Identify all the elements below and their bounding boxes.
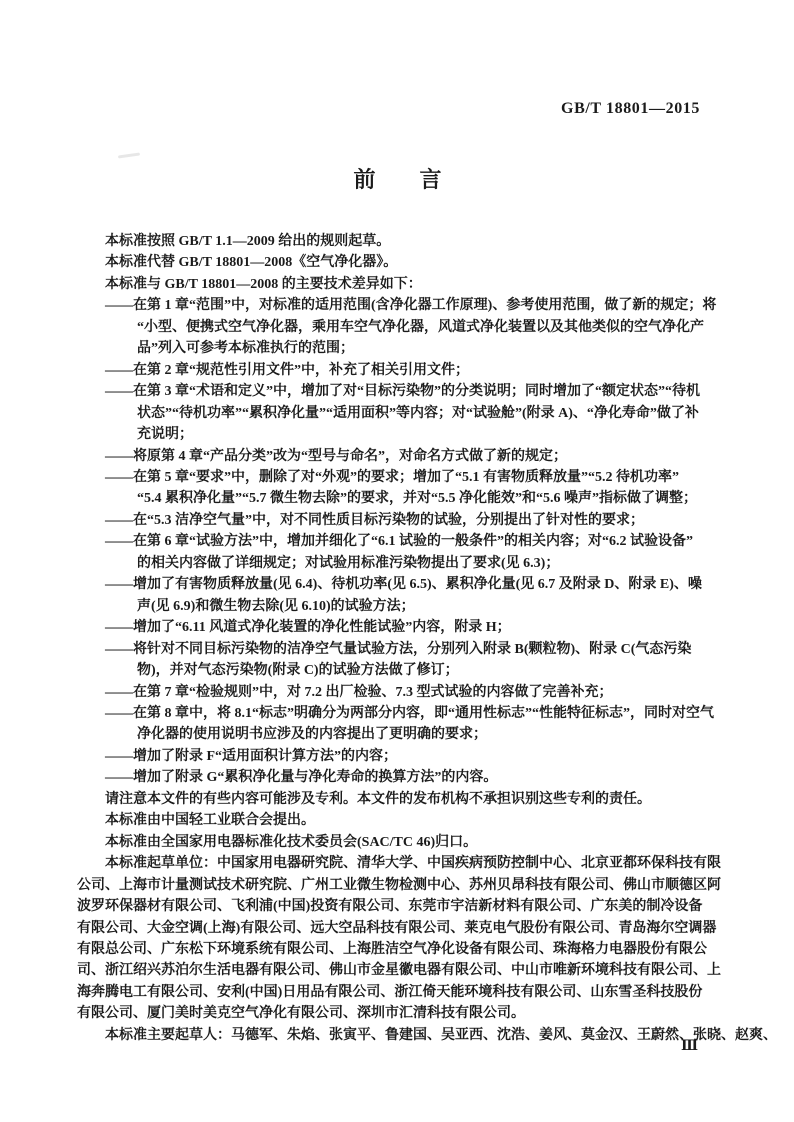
text-line: 有限总公司、广东松下环境系统有限公司、上海胜洁空气净化设备有限公司、珠海格力电器… (77, 939, 718, 960)
text-line: 有限公司、厦门美时美克空气净化有限公司、深圳市汇清科技有限公司。 (77, 1003, 718, 1024)
text-line: ——将针对不同目标污染物的洁净空气量试验方法，分别列入附录 B(颗粒物)、附录 … (77, 639, 718, 660)
page-number: Ⅲ (681, 1038, 698, 1055)
foreword-body: 本标准按照 GB/T 1.1—2009 给出的规则起草。本标准代替 GB/T 1… (77, 231, 718, 1046)
text-line: 本标准由中国轻工业联合会提出。 (77, 810, 718, 831)
text-line: ——在第 1 章“范围”中，对标准的适用范围(含净化器工作原理)、参考使用范围，… (77, 295, 718, 316)
text-line: 公司、上海市计量测试技术研究院、广州工业微生物检测中心、苏州贝昂科技有限公司、佛… (77, 875, 718, 896)
text-line: ——在“5.3 洁净空气量”中，对不同性质目标污染物的试验，分别提出了针对性的要… (77, 510, 718, 531)
text-line: 净化器的使用说明书应涉及的内容提出了更明确的要求； (77, 724, 718, 745)
text-line: ——将原第 4 章“产品分类”改为“型号与命名”，对命名方式做了新的规定； (77, 446, 718, 467)
text-line: ——在第 6 章“试验方法”中，增加并细化了“6.1 试验的一般条件”的相关内容… (77, 531, 718, 552)
text-line: ——在第 8 章中，将 8.1“标志”明确分为两部分内容，即“通用性标志”“性能… (77, 703, 718, 724)
scan-artifact (118, 152, 140, 158)
text-line: 状态”“待机功率”“累积净化量”“适用面积”等内容；对“试验舱”(附录 A)、“… (77, 403, 718, 424)
text-line: 有限公司、大金空调(上海)有限公司、远大空品科技有限公司、莱克电气股份有限公司、… (77, 918, 718, 939)
text-line: 品”列入可参考本标准执行的范围； (77, 338, 718, 359)
text-line: 本标准代替 GB/T 18801—2008《空气净化器》。 (77, 252, 718, 273)
text-line: “小型、便携式空气净化器，乘用车空气净化器，风道式净化装置以及其他类似的空气净化… (77, 317, 718, 338)
text-line: 请注意本文件的有些内容可能涉及专利。本文件的发布机构不承担识别这些专利的责任。 (77, 789, 718, 810)
text-line: ——增加了有害物质释放量(见 6.4)、待机功率(见 6.5)、累积净化量(见 … (77, 574, 718, 595)
text-line: ——增加了附录 G“累积净化量与净化寿命的换算方法”的内容。 (77, 767, 718, 788)
page-title: 前 言 (77, 163, 718, 194)
document-page: GB/T 18801—2015 前 言 本标准按照 GB/T 1.1—2009 … (0, 0, 794, 1122)
text-line: ——在第 5 章“要求”中，删除了对“外观”的要求；增加了“5.1 有害物质释放… (77, 467, 718, 488)
text-line: 充说明； (77, 424, 718, 445)
text-line: ——增加了附录 F“适用面积计算方法”的内容； (77, 746, 718, 767)
text-line: 司、浙江绍兴苏泊尔生活电器有限公司、佛山市金星徽电器有限公司、中山市唯新环境科技… (77, 960, 718, 981)
text-line: 本标准按照 GB/T 1.1—2009 给出的规则起草。 (77, 231, 718, 252)
text-line: 海奔腾电工有限公司、安利(中国)日用品有限公司、浙江倚天能环境科技有限公司、山东… (77, 982, 718, 1003)
text-line: 物)，并对气态污染物(附录 C)的试验方法做了修订； (77, 660, 718, 681)
text-line: 波罗环保器材有限公司、飞利浦(中国)投资有限公司、东莞市宇洁新材料有限公司、广东… (77, 896, 718, 917)
text-line: 本标准主要起草人：马德军、朱焰、张寅平、鲁建国、吴亚西、沈浩、姜风、莫金汉、王蔚… (77, 1025, 718, 1046)
text-line: 本标准由全国家用电器标准化技术委员会(SAC/TC 46)归口。 (77, 832, 718, 853)
text-line: “5.4 累积净化量”“5.7 微生物去除”的要求，并对“5.5 净化能效”和“… (77, 488, 718, 509)
standard-code: GB/T 18801—2015 (77, 100, 700, 118)
text-line: ——增加了“6.11 风道式净化装置的净化性能试验”内容，附录 H； (77, 617, 718, 638)
text-line: ——在第 2 章“规范性引用文件”中，补充了相关引用文件； (77, 360, 718, 381)
text-line: 的相关内容做了详细规定；对试验用标准污染物提出了要求(见 6.3)； (77, 553, 718, 574)
text-line: 本标准与 GB/T 18801—2008 的主要技术差异如下： (77, 274, 718, 295)
text-line: 本标准起草单位：中国家用电器研究院、清华大学、中国疾病预防控制中心、北京亚都环保… (77, 853, 718, 874)
text-line: 声(见 6.9)和微生物去除(见 6.10)的试验方法； (77, 596, 718, 617)
text-line: ——在第 3 章“术语和定义”中，增加了对“目标污染物”的分类说明；同时增加了“… (77, 381, 718, 402)
text-line: ——在第 7 章“检验规则”中，对 7.2 出厂检验、7.3 型式试验的内容做了… (77, 682, 718, 703)
